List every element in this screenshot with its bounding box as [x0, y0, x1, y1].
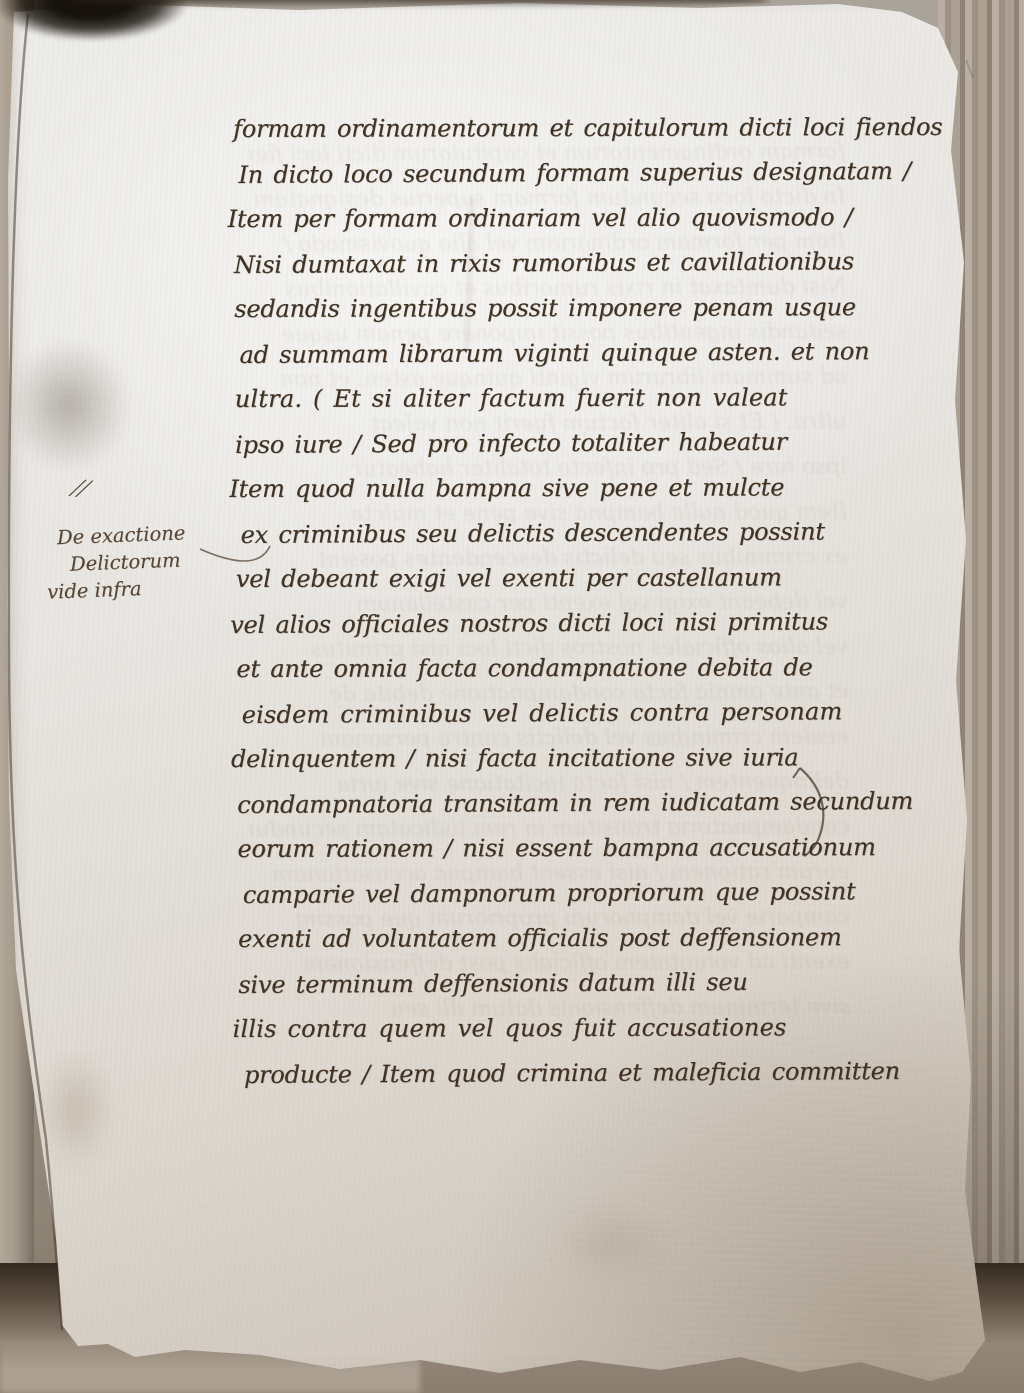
manuscript-line: Nisi dumtaxat in rixis rumoribus et cavi… — [234, 239, 894, 288]
manuscript-line: ipso iure / Sed pro infecto totaliter ha… — [235, 419, 895, 468]
manuscript-line: Item per formam ordinariam vel alio quov… — [228, 195, 894, 242]
manuscript-photo: formam ordinamentorum et capitulorum dic… — [0, 0, 1024, 1393]
manuscript-line: producte / Item quod crimina et malefici… — [244, 1049, 899, 1098]
margin-note-line: Delictorum — [70, 546, 187, 577]
manuscript-line: condampnatoria transitam in rem iudicata… — [237, 779, 897, 828]
stain-tan — [26, 1030, 126, 1190]
paper-crease — [465, 198, 473, 348]
manuscript-line: delinquentem / nisi facta incitatione si… — [231, 735, 897, 782]
manuscript-line: exenti ad voluntatem officialis post def… — [238, 915, 898, 962]
manuscript-line: vel alios officiales nostros dicti loci … — [230, 599, 896, 648]
margin-note: De exactione Delictorum vide infra — [44, 519, 187, 605]
manuscript-line: ad summam librarum viginti quinque asten… — [239, 329, 894, 378]
manuscript-line: et ante omnia facta condampnatione debit… — [236, 645, 896, 692]
manuscript-line: In dicto loco secundum formam superius d… — [238, 149, 893, 198]
ink-bleedthrough: formam ordinamentorum et capitulorum dic… — [246, 129, 851, 1082]
binding-shadow-corner — [0, 0, 216, 52]
manuscript-line: illis contra quem vel quos fuit accusati… — [233, 1005, 899, 1052]
manuscript-page: formam ordinamentorum et capitulorum dic… — [0, 0, 1024, 1393]
margin-note-line: vide infra — [47, 573, 188, 605]
stain-bottom — [536, 1195, 686, 1290]
manuscript-line: sedandis ingentibus possit imponere pena… — [234, 285, 894, 332]
margin-paragraph-mark: // — [68, 475, 94, 500]
manuscript-line: eisdem criminibus vel delictis contra pe… — [242, 689, 897, 738]
manuscript-line: ultra. ( Et si aliter factum fuerit non … — [235, 375, 895, 422]
manuscript-line: ex criminibus seu delictis descendentes … — [240, 509, 895, 558]
manuscript-line: eorum rationem / nisi essent bampna accu… — [237, 825, 897, 872]
stain-gray — [0, 318, 151, 493]
margin-note-line: De exactione — [56, 519, 185, 551]
manuscript-line: sive terminum deffensionis datum illi se… — [238, 959, 898, 1008]
manuscript-line: vel debeant exigi vel exenti per castell… — [236, 555, 896, 602]
manuscript-line: camparie vel dampnorum propriorum que po… — [243, 869, 898, 918]
manuscript-line: Item quod nulla bampna sive pene et mulc… — [229, 465, 895, 512]
manuscript-text-block: formam ordinamentorum et capitulorum dic… — [233, 104, 899, 1098]
manuscript-line: formam ordinamentorum et capitulorum dic… — [233, 105, 893, 152]
